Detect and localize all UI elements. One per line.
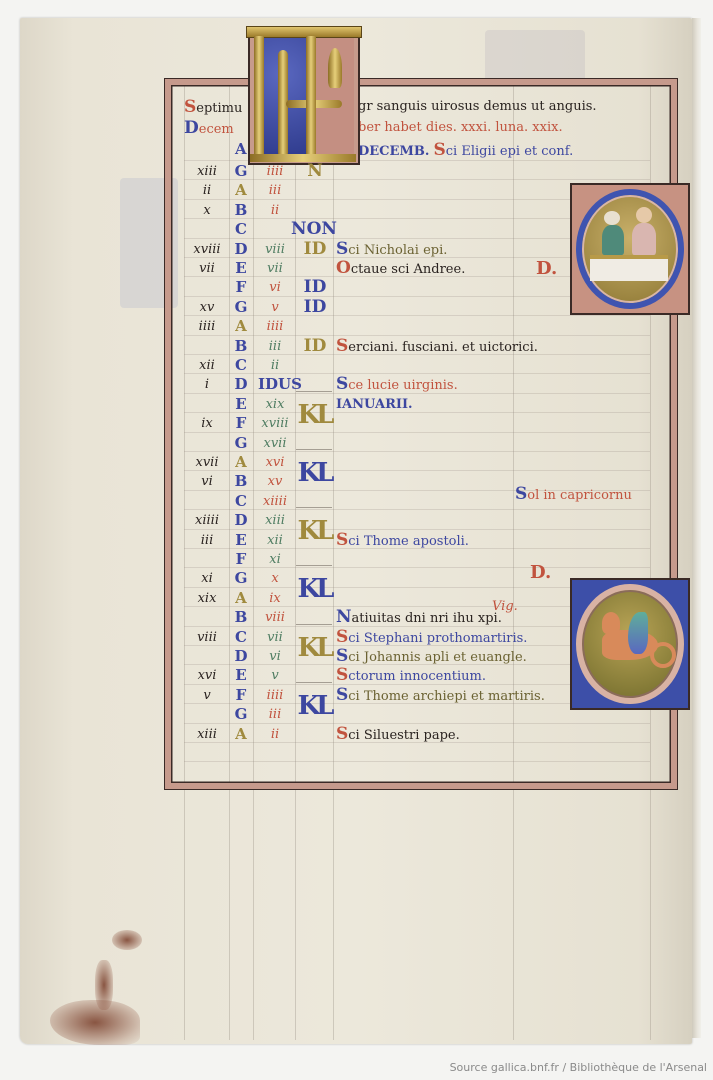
dominical-letter: F xyxy=(230,550,252,569)
feasting-scene-medallion xyxy=(576,189,684,309)
ruling-line xyxy=(184,761,650,762)
golden-number: iii xyxy=(186,531,228,550)
golden-number: xii xyxy=(186,356,228,375)
feast-initial: S xyxy=(336,646,348,666)
dominical-letter: C xyxy=(230,220,252,239)
golden-number: xviii xyxy=(186,240,228,259)
golden-number: x xyxy=(186,201,228,220)
roman-day: xv xyxy=(255,472,295,491)
roman-day: xix xyxy=(255,395,295,414)
feast-text: atiuitas dni nri ihu xpi. xyxy=(352,611,502,626)
goat-wing xyxy=(628,612,648,654)
roman-day: iiii xyxy=(255,317,295,336)
kalends-december: DECEMB. xyxy=(358,144,429,159)
feast-initial: O xyxy=(336,258,351,278)
header-line-2: Decem xyxy=(184,118,234,138)
feast-entry: Sce lucie uirginis. xyxy=(336,375,458,395)
roman-day: v xyxy=(255,666,295,685)
feast-text: ci Nicholai epi. xyxy=(348,243,447,258)
nones-ides-mark: NON xyxy=(290,220,338,239)
golden-number: xiiii xyxy=(186,511,228,530)
feast-entry: Sci Nicholai epi. xyxy=(336,240,447,260)
bleed-through-initial xyxy=(485,30,585,85)
dominical-letter: F xyxy=(230,278,252,297)
feast-initial: S xyxy=(336,627,348,647)
calendar-row: xiiCii xyxy=(0,356,713,375)
roman-day: xviii xyxy=(255,414,295,433)
roman-day: xii xyxy=(255,531,295,550)
sol-in-capricornu: Sol in capricornu xyxy=(515,484,632,504)
header-line-1: Septimu xyxy=(184,97,242,117)
feast-entry: Sci Stephani prothomartiris. xyxy=(336,628,527,648)
roman-day: viii xyxy=(255,608,295,627)
calendar-row: iDIDUSSce lucie uirginis. xyxy=(0,375,713,394)
feast-text: ctaue sci Andree. xyxy=(351,262,466,277)
header-line-3: DECEMB. Sci Eligii epi et conf. xyxy=(358,140,573,160)
roman-day: iiii xyxy=(255,162,295,181)
feast-text: ce lucie uirginis. xyxy=(348,378,457,393)
table xyxy=(590,255,668,281)
feast-text: ci Thome archiepi et martiris. xyxy=(348,689,545,704)
roman-day: xiiii xyxy=(255,492,295,511)
calendar-row: ixFxviii xyxy=(0,414,713,433)
roman-day: v xyxy=(255,298,295,317)
dominical-letter: E xyxy=(230,531,252,550)
dominical-letter: E xyxy=(230,395,252,414)
feast-initial: S xyxy=(336,374,348,394)
dominical-letter: G xyxy=(230,705,252,724)
calendar-row: xviiAxvi xyxy=(0,453,713,472)
dominical-letter: A xyxy=(230,317,252,336)
roman-day: ix xyxy=(255,589,295,608)
calendar-row: iiiiAiiii xyxy=(0,317,713,336)
dominical-letter: D xyxy=(230,240,252,259)
fish-tail xyxy=(650,642,676,668)
feast-initial: S xyxy=(336,665,348,685)
margin-note-d: D. xyxy=(536,258,557,279)
margin-note-d: D. xyxy=(530,562,551,583)
roman-day: ii xyxy=(255,201,295,220)
golden-number: viii xyxy=(186,628,228,647)
feast-entry: Sci Siluestri pape. xyxy=(336,725,460,745)
nones-ides-mark: ID xyxy=(298,278,332,297)
dominical-letter: A xyxy=(230,589,252,608)
feast-entry: IANUARII. xyxy=(336,395,413,414)
initial-s: S xyxy=(184,97,196,117)
calendar-row: ExixIANUARII. xyxy=(0,395,713,414)
dominical-letter: A xyxy=(230,181,252,200)
dominical-letter: G xyxy=(230,298,252,317)
feast-entry: Octaue sci Andree. xyxy=(336,259,465,279)
medallion-capricorn-frame xyxy=(570,578,690,710)
dominical-letter: C xyxy=(230,628,252,647)
roman-day: vii xyxy=(255,259,295,278)
dominical-letter: B xyxy=(230,201,252,220)
golden-number: i xyxy=(186,375,228,394)
golden-number: xiii xyxy=(186,725,228,744)
dominical-letter: E xyxy=(230,666,252,685)
feast-text: ci Stephani prothomartiris. xyxy=(348,631,527,646)
golden-number: xiii xyxy=(186,162,228,181)
dominical-letter: B xyxy=(230,608,252,627)
roman-day: xi xyxy=(255,550,295,569)
dominical-letter: B xyxy=(230,337,252,356)
roman-day: xvii xyxy=(255,434,295,453)
feast-entry: Natiuitas dni nri ihu xpi. xyxy=(336,608,502,628)
dominical-letter: D xyxy=(230,647,252,666)
feast-text: IANUARII. xyxy=(336,397,413,412)
dominical-letter: G xyxy=(230,434,252,453)
golden-number: ix xyxy=(186,414,228,433)
dominical-letter: D xyxy=(230,511,252,530)
feast-initial: S xyxy=(336,336,348,356)
feast-text: ci Johannis apli et euangle. xyxy=(348,650,527,665)
golden-number: vi xyxy=(186,472,228,491)
roman-day: iiii xyxy=(255,686,295,705)
dominical-letter: G xyxy=(230,162,252,181)
roman-day: vii xyxy=(255,628,295,647)
golden-number: xvi xyxy=(186,666,228,685)
feast-entry: Sci Thome apostoli. xyxy=(336,531,469,551)
roman-day: ii xyxy=(255,725,295,744)
dominical-letter: B xyxy=(230,472,252,491)
golden-number: xix xyxy=(186,589,228,608)
roman-day: viii xyxy=(255,240,295,259)
golden-number: xi xyxy=(186,569,228,588)
dominical-letter: C xyxy=(230,356,252,375)
header-line-1-right: gr sanguis uirosus demus ut anguis. xyxy=(358,99,597,114)
feast-initial: S xyxy=(336,239,348,259)
calendar-row: Fxi xyxy=(0,550,713,569)
dominical-letter: C xyxy=(230,492,252,511)
roman-day: vi xyxy=(255,278,295,297)
feast-entry: Sctorum innocentium. xyxy=(336,666,486,686)
stain xyxy=(112,930,142,950)
nones-ides-mark: ID xyxy=(298,337,332,356)
feast-text: ci Siluestri pape. xyxy=(348,728,459,743)
calendar-row: xiiiAiiSci Siluestri pape. xyxy=(0,725,713,744)
golden-number: xvii xyxy=(186,453,228,472)
roman-day: xiii xyxy=(255,511,295,530)
golden-number: vii xyxy=(186,259,228,278)
roman-day: iii xyxy=(255,181,295,200)
roman-day: iii xyxy=(255,705,295,724)
header-line-2-right: ber habet dies. xxxi. luna. xxix. xyxy=(358,120,563,135)
feast-initial: S xyxy=(336,530,348,550)
dominical-letter: A xyxy=(230,453,252,472)
capricorn-medallion xyxy=(576,584,684,704)
feast-text: ctorum innocentium. xyxy=(348,669,486,684)
figure-head xyxy=(604,211,620,225)
calendar-row: xiiiGiiiiN xyxy=(0,162,713,181)
feast-text: erciani. fusciani. et uictorici. xyxy=(348,340,538,355)
header-letter-a: A xyxy=(235,140,247,158)
golden-number: ii xyxy=(186,181,228,200)
golden-number: v xyxy=(186,686,228,705)
feast-entry: Serciani. fusciani. et uictorici. xyxy=(336,337,538,357)
stain xyxy=(95,960,113,1010)
dominical-letter: D xyxy=(230,375,252,394)
feast-text: ci Thome apostoli. xyxy=(348,534,469,549)
roman-day: vi xyxy=(255,647,295,666)
feast-initial: S xyxy=(336,724,348,744)
roman-day: x xyxy=(255,569,295,588)
roman-day: iii xyxy=(255,337,295,356)
feast-initial: S xyxy=(336,685,348,705)
dominical-letter: F xyxy=(230,686,252,705)
figure-pink-robe xyxy=(632,223,656,255)
initial-d: D xyxy=(184,118,199,138)
source-credit: Source gallica.bnf.fr / Bibliothèque de … xyxy=(450,1061,707,1074)
figure-head xyxy=(636,207,652,223)
calendar-row: Gxvii xyxy=(0,434,713,453)
nones-ides-mark: N xyxy=(298,162,332,181)
dominical-letter: E xyxy=(230,259,252,278)
feast-entry: Sci Thome archiepi et martiris. xyxy=(336,686,545,706)
calendar-row: iiiExiiSci Thome apostoli. xyxy=(0,531,713,550)
roman-day: ii xyxy=(255,356,295,375)
calendar-row: BiiiIDSerciani. fusciani. et uictorici. xyxy=(0,337,713,356)
feast-entry: Sci Johannis apli et euangle. xyxy=(336,647,527,667)
vigil-note: Vig. xyxy=(492,599,518,614)
nones-ides-mark: ID xyxy=(298,298,332,317)
golden-number: iiii xyxy=(186,317,228,336)
kl-illuminated-initial xyxy=(248,28,360,165)
goat-head xyxy=(602,612,620,634)
dominical-letter: A xyxy=(230,725,252,744)
roman-day: xvi xyxy=(255,453,295,472)
medallion-feast-frame xyxy=(570,183,690,315)
nones-ides-mark: ID xyxy=(298,240,332,259)
figure-green-robe xyxy=(602,225,624,255)
dominical-letter: G xyxy=(230,569,252,588)
golden-number: xv xyxy=(186,298,228,317)
dominical-letter: F xyxy=(230,414,252,433)
calendar-row: xiiiiDxiii xyxy=(0,511,713,530)
feast-initial: N xyxy=(336,607,352,627)
